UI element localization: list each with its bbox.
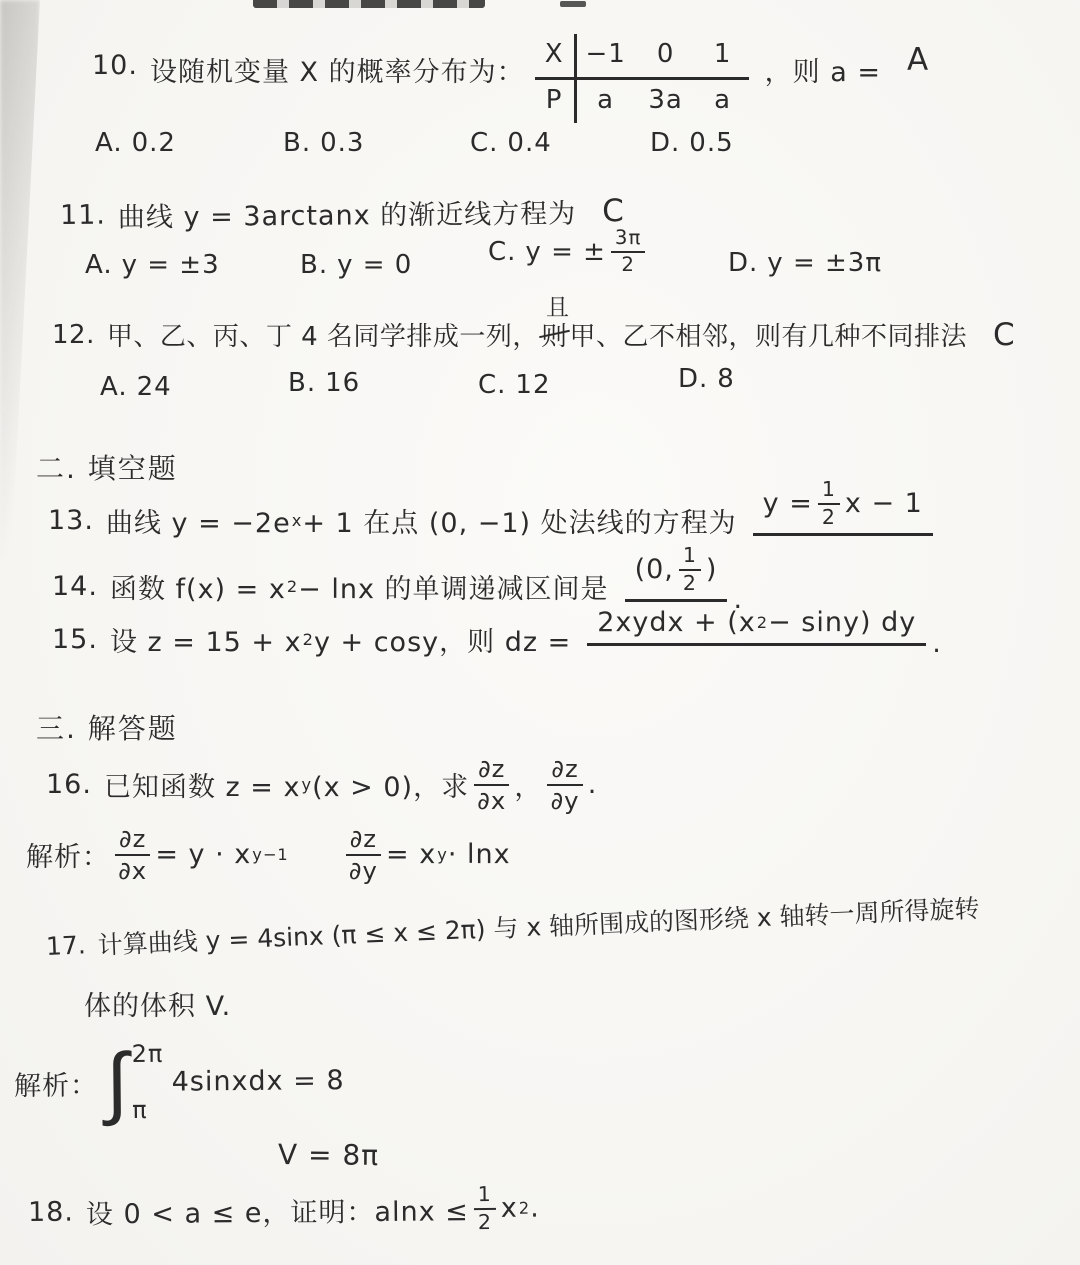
option-text: 0.5 [689,128,733,158]
table-cell: X [535,34,577,80]
option-text: 24 [137,372,172,402]
question-stem-mid: (x > 0)，求 [312,765,469,804]
section-heading-fill-in: 二. 填空题 [36,447,178,487]
option-text: 16 [325,368,360,398]
question-12: 12. 甲、乙、丙、丁 4 名同学排成一列， 且 则 甲、乙不相邻，则有几种不同… [52,316,1015,353]
fraction: 3π 2 [611,228,645,276]
solution-label: 解析： [26,835,110,874]
option-d: D. y = ±3π [728,248,882,278]
fraction: 1 2 [474,1184,496,1233]
section-heading-solutions: 三. 解答题 [36,707,178,747]
answer-pre: 2xydx + (x [597,607,756,638]
exponent: 2 [519,1199,530,1218]
option-label: B. [288,368,316,398]
question-13: 13. 曲线 y = −2ex + 1 在点 (0, −1) 处法线的方程为 y… [48,492,933,549]
option-b: B. 0.3 [283,128,364,158]
integral-limits: 2π π [132,1039,164,1125]
fraction: 1 2 [679,545,701,594]
integrand: 4sinxdx = 8 [171,1065,344,1098]
question-stem-after: ，则 a = [765,34,881,89]
option-label: A. [85,250,113,280]
question-stem: 设随机变量 X 的概率分布为： [150,34,525,89]
question-number: 14. [52,571,98,602]
question-stem-part1: 甲、乙、丙、丁 4 名同学排成一列， [107,316,539,353]
question-stem-part2: 甲、乙不相邻，则有几种不同排法 [569,316,967,353]
option-text: 8 [717,364,735,394]
fraction: 1 2 [818,479,840,528]
question-number: 16. [46,769,92,800]
upper-limit: 2π [132,1040,164,1068]
table-cell: 3a [635,80,697,123]
question-stem-post: + 1 在点 (0, −1) 处法线的方程为 [302,501,736,540]
option-label: D. [728,248,758,278]
question-15: 15. 设 z = 15 + x2y + cosy，则 dz = 2xydx +… [52,620,942,659]
option-label: D. [650,128,680,158]
equation-post: · lnx [448,839,511,870]
option-text: 0.3 [320,128,364,158]
option-b: B. 16 [288,368,360,398]
fraction-numerator: 1 [474,1184,496,1210]
partial-derivative: ∂z ∂x [115,826,150,883]
marked-answer: A [907,34,929,78]
equation: = y · x [155,839,251,870]
written-answer: y = 1 2 x − 1 [753,479,933,536]
table-cell: a [697,80,749,123]
crossed-out-character: 则 [541,316,568,353]
question-stem-post: y + cosy，则 dz = [314,620,571,659]
exponent: 2 [757,613,768,632]
solution-17-result: V = 8π [278,1138,379,1172]
result: V = 8π [278,1138,379,1172]
scan-edge-shadow [0,0,40,560]
partial-derivative: ∂z ∂y [547,756,582,813]
option-label: B. [283,128,311,158]
option-text: 12 [515,370,550,400]
marked-answer: C [993,317,1015,353]
comma: ， [514,765,542,804]
question-stem: 设 0 < a ≤ e，证明：alnx ≤ [86,1189,469,1231]
table-cell: 0 [635,34,697,80]
period: . [932,628,942,659]
fraction-denominator: ∂y [349,856,378,884]
question-number: 12. [52,320,95,350]
question-17-line1: 17. 计算曲线 y = 4sinx (π ≤ x ≤ 2π) 与 x 轴所围成… [45,889,980,964]
option-d: D. 0.5 [650,128,734,158]
fraction-numerator: 3π [611,228,645,253]
partial-derivative: ∂z ∂y [346,826,381,883]
answer-pre: (0, [635,554,674,585]
option-c: C. y = ± 3π 2 [488,228,650,276]
fraction-denominator: ∂x [477,786,506,814]
probability-table: X −1 0 1 P a 3a a [535,34,749,123]
table-cell: −1 [577,34,635,80]
fraction-denominator: 2 [478,1209,492,1233]
exponent: y [437,845,448,864]
option-label: A. [100,372,128,402]
fraction-numerator: ∂z [115,826,150,856]
option-c: C. 0.4 [470,128,552,158]
integral-symbol: ∫ [106,1048,130,1116]
definite-integral: ∫ 2π π [106,1039,164,1125]
answer-post: ) [706,554,718,585]
question-stem: 设 z = 15 + x [110,620,302,659]
fraction-denominator: ∂y [551,786,580,814]
cropped-text-remnant [253,0,485,8]
question-18: 18. 设 0 < a ≤ e，证明：alnx ≤ 1 2 x2. [28,1184,540,1238]
question-number: 18. [28,1197,74,1228]
exam-answer-sheet: 10. 设随机变量 X 的概率分布为： X −1 0 1 P a 3a a ，则… [0,0,1080,1265]
equation: = x [386,839,436,870]
fraction-numerator: ∂z [547,756,582,786]
written-answer: 2xydx + (x2 − siny) dy [587,607,926,646]
solution-17: 解析： ∫ 2π π 4sinxdx = 8 [14,1037,345,1126]
option-label: B. [300,250,328,280]
answer-post: x − 1 [845,488,923,519]
section-title: 三. 解答题 [36,707,178,747]
exponent: 2 [287,577,298,596]
option-b: B. y = 0 [300,250,412,280]
table-cell: 1 [697,34,749,80]
option-text-pre: y = ± [525,237,606,267]
question-number: 10. [92,34,138,81]
section-title: 二. 填空题 [36,447,178,487]
option-text: y = 0 [337,250,412,280]
option-a: A. 24 [100,372,172,402]
solution-label: 解析： [14,1063,98,1103]
fraction-numerator: 1 [679,545,701,571]
exponent: y−1 [252,845,288,864]
option-text: 0.2 [132,128,176,158]
option-label: C. [470,128,498,158]
fraction-numerator: ∂z [474,756,509,786]
table-cell: a [577,80,635,123]
written-answer: (0, 1 2 ) [625,545,728,602]
question-number: 17. [45,930,86,961]
exponent: 2 [303,630,314,649]
question-stem-post: − lnx 的单调递减区间是 [298,567,608,606]
answer-pre: y = [763,488,813,519]
option-c: C. 12 [478,370,551,400]
question-17-line2: 体的体积 V. [84,984,231,1023]
question-number: 13. [48,505,94,536]
question-stem: 计算曲线 y = 4sinx (π ≤ x ≤ 2π) 与 x 轴所围成的图形绕… [97,889,980,962]
option-text: 0.4 [507,128,551,158]
fraction-denominator: 2 [822,505,836,529]
question-number: 11. [60,200,106,231]
handwritten-correction: 且 则 [541,316,568,353]
exponent: y [301,775,312,794]
option-a: A. 0.2 [95,128,176,158]
question-10: 10. 设随机变量 X 的概率分布为： X −1 0 1 P a 3a a ，则… [92,34,929,123]
question-stem: 已知函数 z = x [104,765,301,804]
question-16: 16. 已知函数 z = xy (x > 0)，求 ∂z ∂x ， ∂z ∂y … [46,756,597,813]
marked-answer: C [602,193,625,229]
partial-derivative: ∂z ∂x [474,756,509,813]
question-stem: 函数 f(x) = x [110,567,286,606]
option-text: y = ±3π [767,248,882,278]
fraction-denominator: 2 [621,253,635,276]
option-a: A. y = ±3 [85,250,220,280]
lower-limit: π [132,1096,164,1124]
fraction-numerator: ∂z [346,826,381,856]
exponent: x [292,511,303,530]
cropped-text-remnant-2 [560,1,586,7]
option-label: C. [488,237,516,267]
option-label: D. [678,364,708,394]
question-stem: 曲线 y = −2e [106,501,291,540]
period: . [588,769,598,800]
solution-16: 解析： ∂z ∂x = y · xy−1 ∂z ∂y = xy · lnx [26,826,511,883]
table-cell: P [535,80,577,123]
answer-post: − siny) dy [768,607,916,638]
option-label: C. [478,370,506,400]
option-label: A. [95,128,123,158]
question-number: 15. [52,624,98,655]
option-text: y = ±3 [122,250,220,280]
fraction-numerator: 1 [818,479,840,505]
option-d: D. 8 [678,364,735,394]
fraction-denominator: 2 [683,571,697,595]
question-stem-continued: 体的体积 V. [84,984,231,1023]
question-stem-post: x [501,1193,518,1224]
period: . [530,1193,540,1224]
fraction-denominator: ∂x [118,856,147,884]
